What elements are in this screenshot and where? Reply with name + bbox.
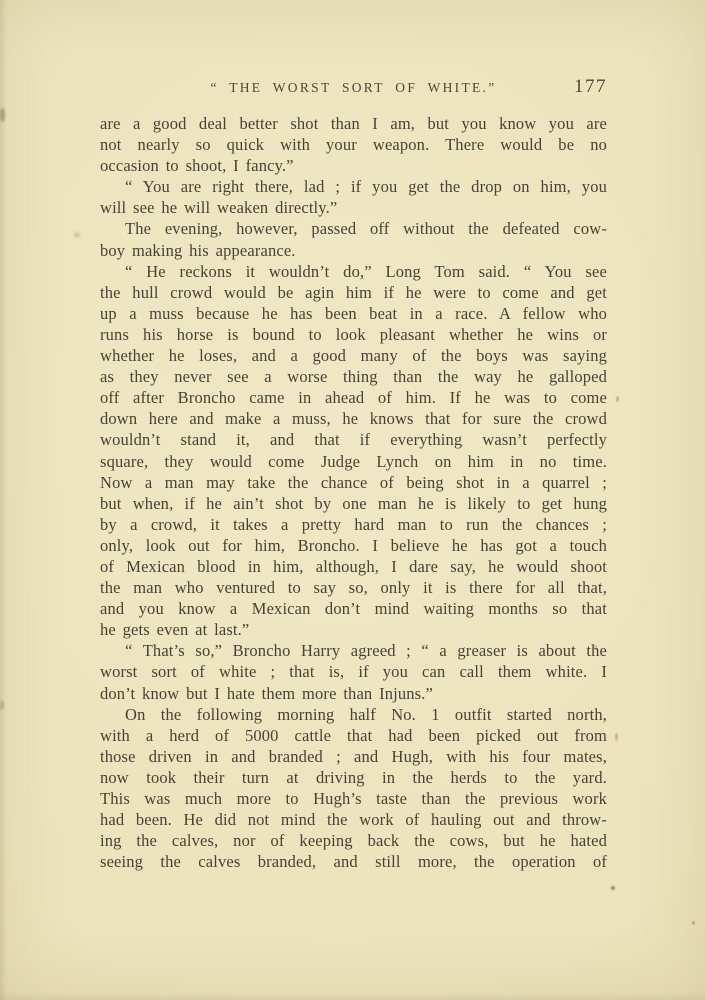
book-page: “ THE WORST SORT OF WHITE.” 177 are a go… bbox=[0, 0, 705, 1000]
text-line: occasion to shoot, I fancy.” bbox=[100, 155, 607, 176]
scan-speck bbox=[0, 108, 5, 122]
page-left-edge-shadow bbox=[0, 0, 7, 1000]
scan-speck bbox=[692, 921, 695, 925]
text-line: wouldn’t stand it, and that if everythin… bbox=[100, 429, 607, 450]
text-line: as they never see a worse thing than the… bbox=[100, 366, 607, 387]
running-title: “ THE WORST SORT OF WHITE.” bbox=[100, 80, 607, 96]
text-line: those driven in and branded ; and Hugh, … bbox=[100, 746, 607, 767]
text-line: “ He reckons it wouldn’t do,” Long Tom s… bbox=[100, 261, 607, 282]
text-line: This was much more to Hugh’s taste than … bbox=[100, 788, 607, 809]
scan-speck bbox=[615, 733, 618, 741]
text-line: by a crowd, it takes a pretty hard man t… bbox=[100, 514, 607, 535]
text-line: will see he will weaken directly.” bbox=[100, 197, 607, 218]
scan-speck bbox=[594, 645, 597, 648]
page-bottom-edge-shadow bbox=[0, 992, 705, 1000]
text-line: ing the calves, nor of keeping back the … bbox=[100, 830, 607, 851]
text-line: square, they would come Judge Lynch on h… bbox=[100, 451, 607, 472]
text-line: only, look out for him, Broncho. I belie… bbox=[100, 535, 607, 556]
page-number: 177 bbox=[574, 76, 607, 98]
text-line: are a good deal better shot than I am, b… bbox=[100, 113, 607, 134]
text-line: On the following morning half No. 1 outf… bbox=[100, 704, 607, 725]
text-line: boy making his appearance. bbox=[100, 240, 607, 261]
text-line: don’t know but I hate them more than Inj… bbox=[100, 683, 607, 704]
text-line: “ You are right there, lad ; if you get … bbox=[100, 176, 607, 197]
text-line: had been. He did not mind the work of ha… bbox=[100, 809, 607, 830]
text-line: but when, if he ain’t shot by one man he… bbox=[100, 493, 607, 514]
text-line: whether he loses, and a good many of the… bbox=[100, 345, 607, 366]
text-line: runs his horse is bound to look pleasant… bbox=[100, 324, 607, 345]
text-block: are a good deal better shot than I am, b… bbox=[100, 113, 607, 872]
text-line: up a muss because he has been beat in a … bbox=[100, 303, 607, 324]
page-header: “ THE WORST SORT OF WHITE.” 177 bbox=[100, 80, 607, 102]
scan-speck bbox=[74, 232, 80, 238]
text-line: down here and make a muss, he knows that… bbox=[100, 408, 607, 429]
text-line: worst sort of white ; that is, if you ca… bbox=[100, 661, 607, 682]
text-line: of Mexican blood in him, although, I dar… bbox=[100, 556, 607, 577]
scan-speck bbox=[616, 396, 619, 402]
scan-speck bbox=[611, 886, 615, 890]
text-line: the hull crowd would be agin him if he w… bbox=[100, 282, 607, 303]
text-line: not nearly so quick with your weapon. Th… bbox=[100, 134, 607, 155]
text-line: now took their turn at driving in the he… bbox=[100, 767, 607, 788]
scan-speck bbox=[0, 700, 4, 710]
text-line: he gets even at last.” bbox=[100, 619, 607, 640]
text-line: the man who ventured to say so, only it … bbox=[100, 577, 607, 598]
text-line: Now a man may take the chance of being s… bbox=[100, 472, 607, 493]
text-line: “ That’s so,” Broncho Harry agreed ; “ a… bbox=[100, 640, 607, 661]
text-line: with a herd of 5000 cattle that had been… bbox=[100, 725, 607, 746]
text-line: and you know a Mexican don’t mind waitin… bbox=[100, 598, 607, 619]
text-line: The evening, however, passed off without… bbox=[100, 218, 607, 239]
text-line: off after Broncho came in ahead of him. … bbox=[100, 387, 607, 408]
text-line: seeing the calves branded, and still mor… bbox=[100, 851, 607, 872]
